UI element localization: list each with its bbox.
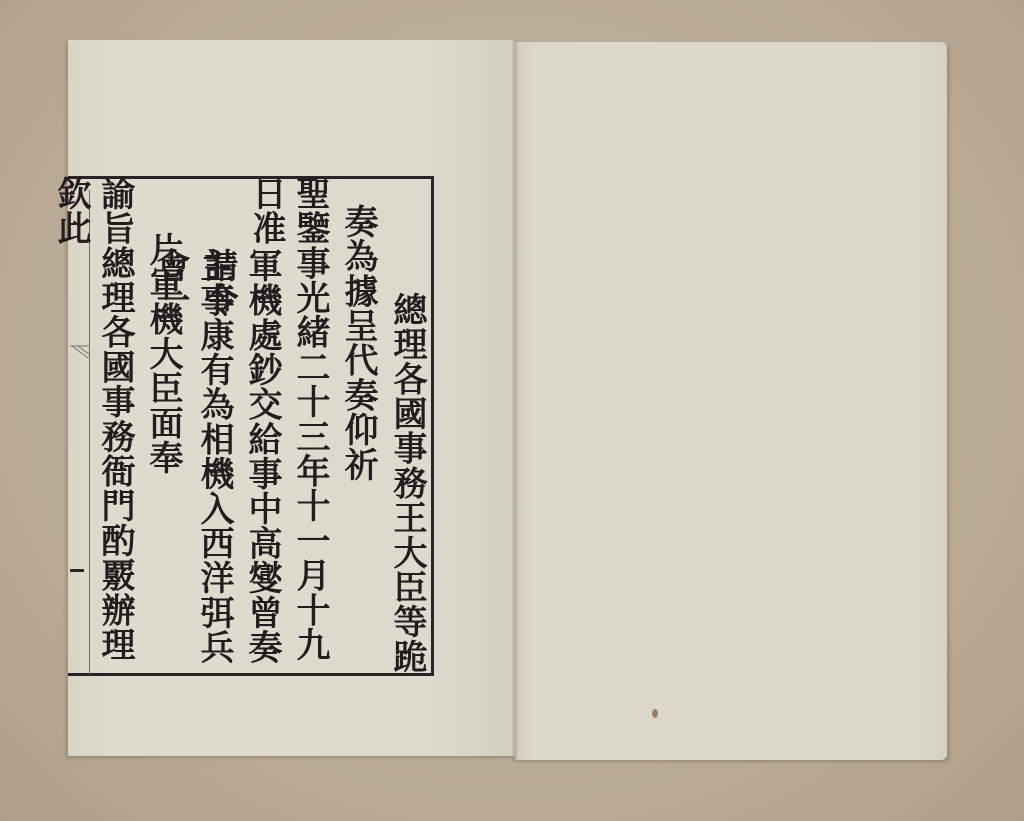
margin-rule (89, 190, 90, 674)
text-column-2: 奏為據呈代奏仰祈 (336, 204, 380, 504)
text-column-4: 軍機處鈔交給事中高燮曾奏請令 (240, 248, 284, 688)
bleed-through-text (570, 250, 614, 670)
text-column-7: 諭旨總理各國事務衙門酌覈辦理欽此 (93, 176, 137, 696)
text-column-6: 片軍機大臣面奉 (141, 232, 185, 532)
text-column-5: 主事康有為相機入西洋弭兵會一 (192, 248, 236, 688)
paper-stain (652, 709, 658, 718)
text-column-1: 總理各國事務王大臣等跪 (385, 292, 429, 692)
text-column-3: 聖鑒事光緒二十三年十一月十九日准 (288, 176, 332, 696)
book-gutter (511, 40, 519, 762)
fish-tail-mark-icon (68, 344, 92, 360)
leaf-number-mark: 一 (70, 569, 84, 572)
